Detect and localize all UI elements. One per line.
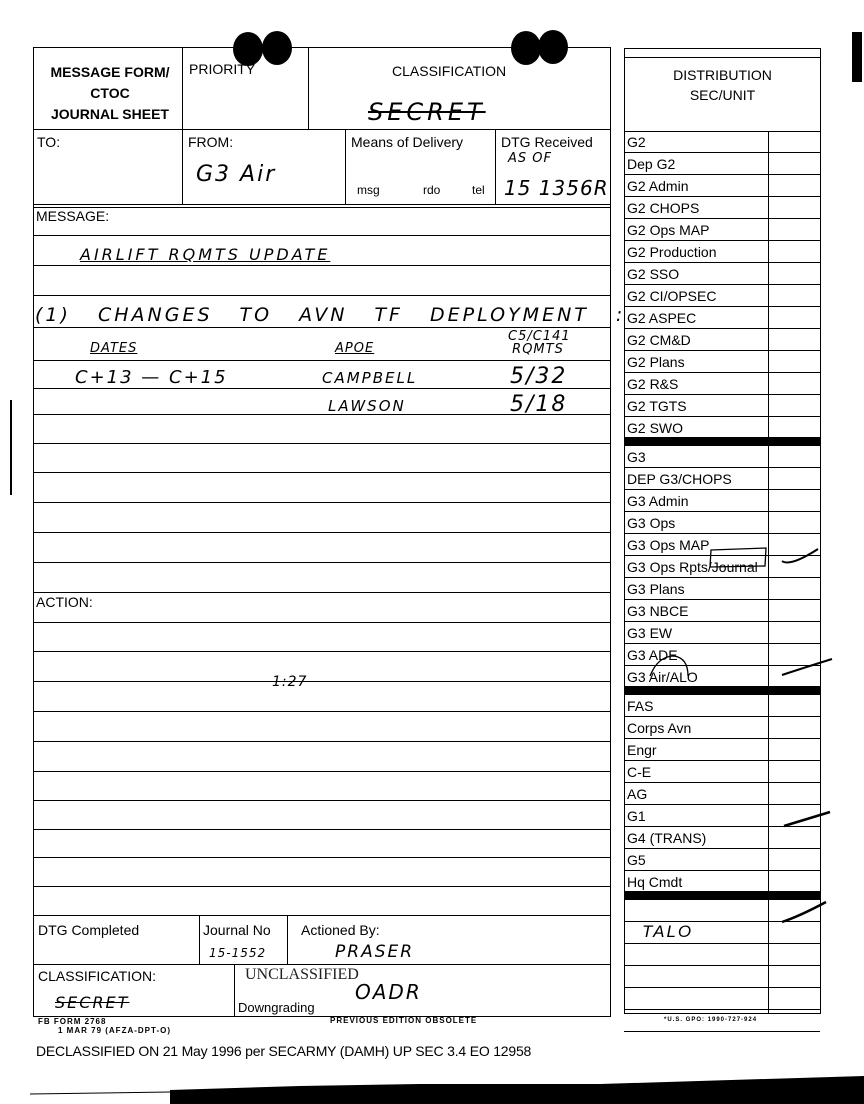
distribution-row-label: G3 Ops MAP [627, 538, 709, 553]
rule-line [33, 360, 611, 361]
rule-line [33, 502, 611, 503]
distribution-row-label: G2 SSO [627, 267, 679, 282]
rule-line [33, 235, 611, 236]
scan-edge-mark [10, 400, 12, 495]
distribution-row[interactable]: Engr [624, 739, 820, 761]
divider [234, 964, 235, 1017]
distribution-row[interactable]: G4 (TRANS) [624, 827, 820, 849]
distribution-row[interactable]: C-E [624, 761, 820, 783]
form-number: FB FORM 2768 1 MAR 79 (AFZA-DPT-O) [38, 1017, 171, 1035]
column-dates: DATES [90, 341, 137, 356]
distribution-row[interactable]: G2 TGTS [624, 395, 820, 417]
dtg-received-label: DTG Received [501, 134, 593, 150]
divider [287, 915, 288, 965]
declassification-note: DECLASSIFIED ON 21 May 1996 per SECARMY … [36, 1043, 531, 1059]
distribution-row-label: G2 CM&D [627, 333, 691, 348]
rule-line [33, 915, 611, 916]
distribution-row[interactable]: G3 Admin [624, 490, 820, 512]
dtg-completed-label: DTG Completed [38, 922, 139, 938]
air-circle-mark [648, 654, 692, 678]
bottom-classification-value[interactable]: SECRET [55, 993, 129, 1012]
distribution-row-label: FAS [627, 699, 653, 714]
checkmark-icon [780, 655, 834, 679]
row-1-apoe[interactable]: CAMPBELL [322, 369, 417, 387]
distribution-row-label: AG [627, 787, 647, 802]
section-separator [624, 686, 820, 695]
distribution-row-label: G1 [627, 809, 646, 824]
checkmark-icon [782, 808, 832, 830]
rule-line [33, 265, 611, 266]
section-separator [624, 437, 820, 446]
divider [345, 129, 346, 205]
classification-value[interactable]: SECRET [368, 98, 486, 126]
rule-line [33, 472, 611, 473]
rule-line [33, 327, 611, 328]
distribution-row[interactable]: G3 Ops [624, 512, 820, 534]
distribution-row[interactable]: G5 [624, 849, 820, 871]
action-label: ACTION: [36, 594, 93, 610]
previous-edition-note: PREVIOUS EDITION OBSOLETE [330, 1016, 477, 1025]
distribution-row-label: G2 Plans [627, 355, 685, 370]
distribution-title: DISTRIBUTION SEC/UNIT [624, 65, 821, 105]
distribution-row-label: G2 [627, 135, 646, 150]
distribution-row-label: DEP G3/CHOPS [627, 472, 732, 487]
distribution-row[interactable] [624, 944, 820, 966]
rule-line [33, 562, 611, 563]
distribution-row-label: G3 Ops [627, 516, 675, 531]
checkmark-icon [780, 900, 830, 926]
distribution-row[interactable]: G3 EW [624, 622, 820, 644]
distribution-row-label: G3 Admin [627, 494, 688, 509]
distribution-row[interactable] [624, 988, 820, 1010]
distribution-row-label: G2 TGTS [627, 399, 687, 414]
downgrading-label: Downgrading [238, 1000, 315, 1016]
form-title: MESSAGE FORM/ CTOC JOURNAL SHEET [40, 62, 180, 125]
unclassified-stamp: UNCLASSIFIED [245, 967, 359, 983]
divider [33, 129, 611, 130]
row-2-apoe[interactable]: LAWSON [328, 397, 406, 415]
distribution-row[interactable]: AG [624, 783, 820, 805]
distribution-row-label: Hq Cmdt [627, 875, 682, 890]
distribution-row-label: G2 Production [627, 245, 717, 260]
column-apoe: APOE [335, 341, 374, 356]
distribution-row[interactable]: G2 CI/OPSEC [624, 285, 820, 307]
distribution-row-label: G2 Admin [627, 179, 688, 194]
journal-no-label: Journal No [203, 922, 271, 938]
dtg-received-value[interactable]: 15 1356R [504, 176, 609, 200]
priority-label: PRIORITY [189, 61, 255, 77]
distribution-row[interactable]: G2 SWO [624, 417, 820, 439]
distribution-row[interactable]: G2 R&S [624, 373, 820, 395]
rule-line [33, 771, 611, 772]
distribution-row-label: G2 SWO [627, 421, 683, 436]
distribution-row-label: G5 [627, 853, 646, 868]
row-1-rqmts[interactable]: 5/32 [510, 364, 567, 389]
message-item-1[interactable]: (1) CHANGES TO AVN TF DEPLOYMENT : [35, 304, 625, 326]
means-of-delivery-label: Means of Delivery [351, 134, 463, 150]
distribution-row[interactable]: DEP G3/CHOPS [624, 468, 820, 490]
distribution-row[interactable]: G3 NBCE [624, 600, 820, 622]
distribution-row-label: G3 [627, 450, 646, 465]
distribution-row-label: G3 EW [627, 626, 672, 641]
message-label: MESSAGE: [36, 208, 109, 224]
rule-line [33, 622, 611, 623]
action-scribble: 1:27 [272, 674, 307, 690]
divider [495, 129, 496, 205]
distribution-row[interactable]: G2 CM&D [624, 329, 820, 351]
distribution-row-label: G2 R&S [627, 377, 678, 392]
distribution-row[interactable]: G2 Admin [624, 175, 820, 197]
rule-line [33, 443, 611, 444]
rule-line [33, 800, 611, 801]
downgrading-value[interactable]: OADR [355, 980, 422, 1004]
message-subject[interactable]: AIRLIFT RQMTS UPDATE [80, 245, 330, 264]
rule-line [33, 829, 611, 830]
distribution-row-label: C-E [627, 765, 651, 780]
column-rqmts: C5/C141 RQMTS [508, 330, 568, 356]
distribution-row-label: G3 NBCE [627, 604, 688, 619]
divider [624, 57, 821, 58]
classification-label: CLASSIFICATION [392, 63, 506, 79]
distribution-row[interactable] [624, 966, 820, 988]
from-value[interactable]: G3 Air [196, 162, 276, 187]
journal-box-mark [708, 547, 768, 569]
distribution-row[interactable]: G2 CHOPS [624, 197, 820, 219]
distribution-row-label: G2 ASPEC [627, 311, 696, 326]
rule-line [33, 651, 611, 652]
delivery-option-rdo[interactable]: rdo [423, 182, 440, 198]
scan-edge-mark [0, 1070, 864, 1104]
distribution-row[interactable]: FAS [624, 695, 820, 717]
distribution-row[interactable]: G2 Plans [624, 351, 820, 373]
bottom-classification-label: CLASSIFICATION: [38, 968, 156, 984]
actioned-by-label: Actioned By: [301, 922, 380, 938]
rule-line [33, 886, 611, 887]
from-label: FROM: [188, 134, 233, 150]
scan-edge-mark [852, 32, 862, 82]
rule-line [33, 857, 611, 858]
distribution-row[interactable]: G2 ASPEC [624, 307, 820, 329]
distribution-row[interactable]: G2 Production [624, 241, 820, 263]
rule-line [33, 592, 611, 593]
divider [308, 47, 309, 130]
distribution-row[interactable]: G3 Plans [624, 578, 820, 600]
section-separator [624, 891, 820, 900]
distribution-row[interactable]: Hq Cmdt [624, 871, 820, 893]
distribution-row[interactable]: G2 [624, 131, 820, 153]
rule-line [33, 295, 611, 296]
divider [182, 47, 183, 205]
distribution-row-label: Engr [627, 743, 657, 758]
distribution-row[interactable] [624, 1010, 820, 1032]
distribution-row[interactable]: G2 Ops MAP [624, 219, 820, 241]
rule-line [33, 532, 611, 533]
distribution-row-label: Corps Avn [627, 721, 691, 736]
row-2-rqmts[interactable]: 5/18 [510, 392, 567, 417]
distribution-row[interactable]: G2 SSO [624, 263, 820, 285]
distribution-row-label: G3 Plans [627, 582, 685, 597]
delivery-option-msg[interactable]: msg [357, 182, 380, 198]
distribution-row[interactable]: G3 [624, 446, 820, 468]
distribution-row[interactable]: Corps Avn [624, 717, 820, 739]
distribution-row-label: G2 CHOPS [627, 201, 699, 216]
distribution-row-label: G4 (TRANS) [627, 831, 706, 846]
actioned-by-value[interactable]: PRASER [335, 942, 414, 962]
distribution-row-label: G2 CI/OPSEC [627, 289, 716, 304]
distribution-row-label: TALO [642, 924, 693, 939]
checkmark-icon [780, 545, 820, 569]
to-label: TO: [37, 134, 60, 150]
divider [33, 207, 611, 208]
divider [33, 964, 611, 965]
distribution-row[interactable]: Dep G2 [624, 153, 820, 175]
dtg-received-note: AS OF [508, 151, 552, 166]
row-1-dates[interactable]: C+13 — C+15 [75, 367, 228, 388]
journal-no-value[interactable]: 15-1552 [209, 946, 266, 960]
distribution-row-label: G2 Ops MAP [627, 223, 709, 238]
delivery-option-tel[interactable]: tel [472, 182, 485, 198]
rule-line [33, 741, 611, 742]
divider [33, 204, 611, 205]
divider [199, 915, 200, 965]
distribution-row-label: Dep G2 [627, 157, 675, 172]
rule-line [33, 711, 611, 712]
rule-line [33, 681, 611, 682]
